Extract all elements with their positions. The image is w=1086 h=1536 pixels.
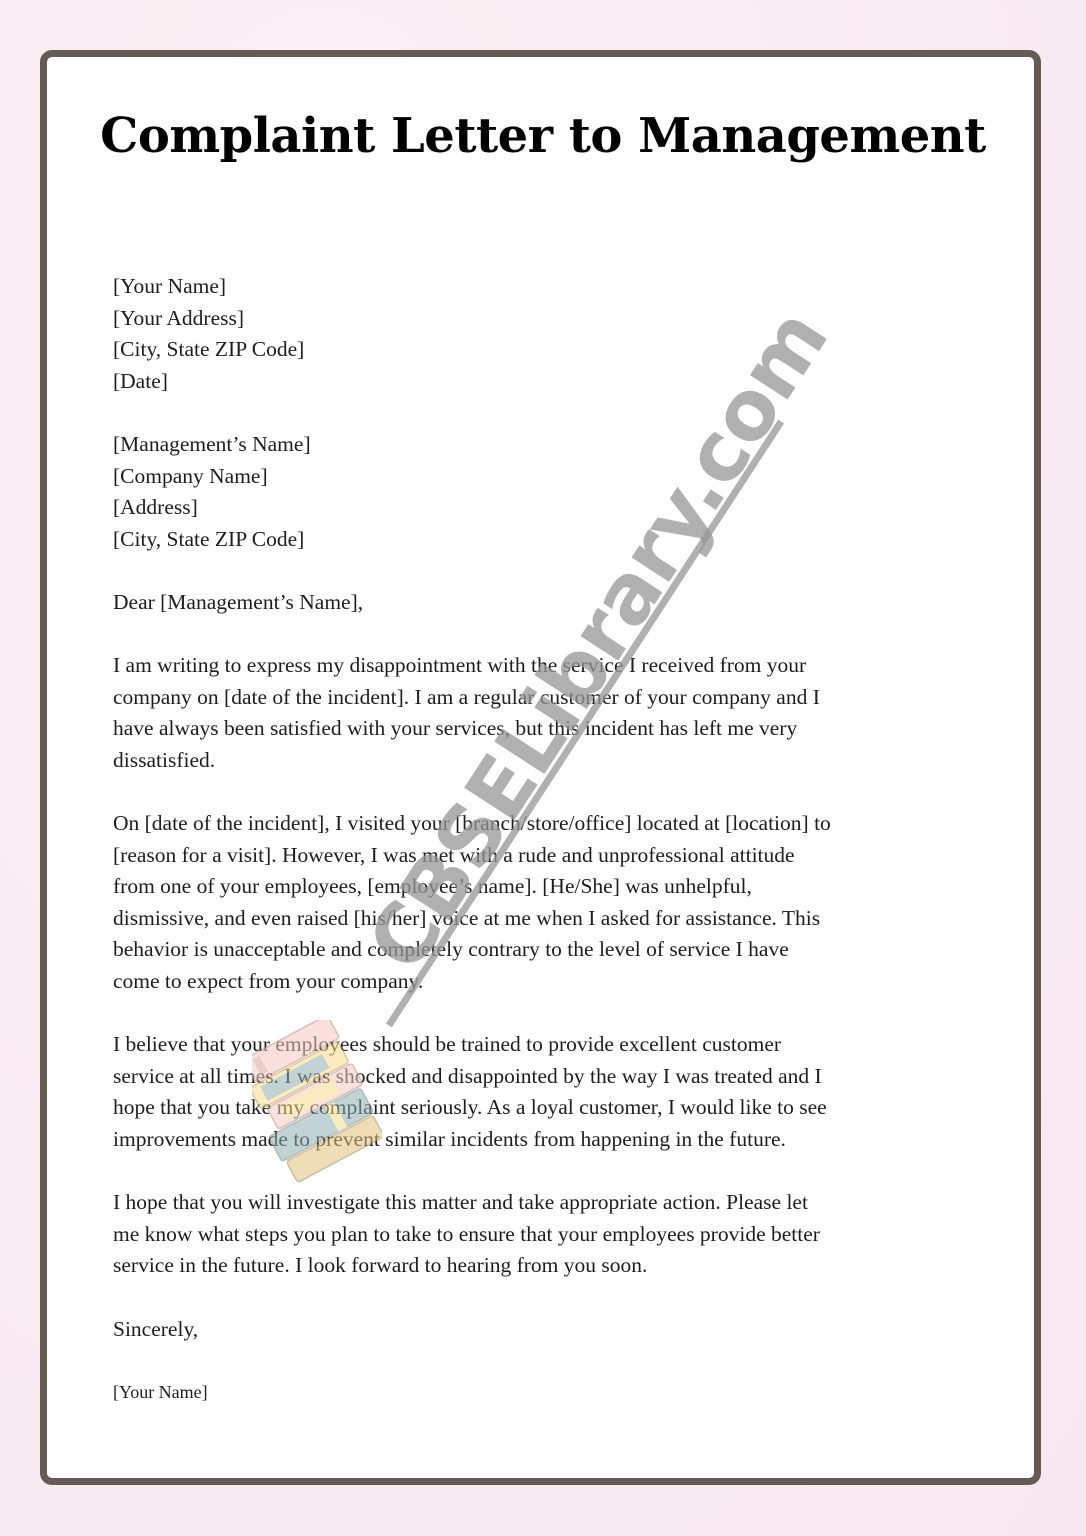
paragraph-line: I am writing to express my disappointmen… (113, 650, 983, 682)
paragraph-line: On [date of the incident], I visited you… (113, 808, 983, 840)
paragraph-line: [reason for a visit]. However, I was met… (113, 840, 983, 872)
sender-line: [Your Name] (113, 271, 983, 303)
closing: Sincerely, (113, 1314, 983, 1346)
paragraph-4: I hope that you will investigate this ma… (113, 1187, 983, 1282)
sender-line: [City, State ZIP Code] (113, 334, 983, 366)
paragraph-line: service in the future. I look forward to… (113, 1250, 983, 1282)
recipient-line: [Management’s Name] (113, 429, 983, 461)
recipient-block: [Management’s Name] [Company Name] [Addr… (113, 429, 983, 555)
document-title: Complaint Letter to Management (0, 108, 1086, 166)
paragraph-2: On [date of the incident], I visited you… (113, 808, 983, 998)
sender-block: [Your Name] [Your Address] [City, State … (113, 271, 983, 397)
paragraph-line: behavior is unacceptable and completely … (113, 934, 983, 966)
paragraph-line: hope that you take my complaint seriousl… (113, 1092, 983, 1124)
salutation: Dear [Management’s Name], (113, 587, 983, 619)
paragraph-line: have always been satisfied with your ser… (113, 713, 983, 745)
paragraph-line: dismissive, and even raised [his/her] vo… (113, 903, 983, 935)
paragraph-line: I believe that your employees should be … (113, 1029, 983, 1061)
paragraph-line: me know what steps you plan to take to e… (113, 1219, 983, 1251)
paragraph-line: company on [date of the incident]. I am … (113, 682, 983, 714)
paragraph-line: from one of your employees, [employee’s … (113, 871, 983, 903)
recipient-line: [Address] (113, 492, 983, 524)
paragraph-line: improvements made to prevent similar inc… (113, 1124, 983, 1156)
recipient-line: [City, State ZIP Code] (113, 524, 983, 556)
recipient-line: [Company Name] (113, 461, 983, 493)
sender-line: [Your Address] (113, 303, 983, 335)
paragraph-1: I am writing to express my disappointmen… (113, 650, 983, 776)
signature-name: [Your Name] (113, 1377, 983, 1409)
letter-body: [Your Name] [Your Address] [City, State … (113, 271, 983, 1408)
paragraph-line: service at all times. I was shocked and … (113, 1061, 983, 1093)
paragraph-line: I hope that you will investigate this ma… (113, 1187, 983, 1219)
sender-line: [Date] (113, 366, 983, 398)
paragraph-3: I believe that your employees should be … (113, 1029, 983, 1155)
paragraph-line: dissatisfied. (113, 745, 983, 777)
paragraph-line: come to expect from your company. (113, 966, 983, 998)
